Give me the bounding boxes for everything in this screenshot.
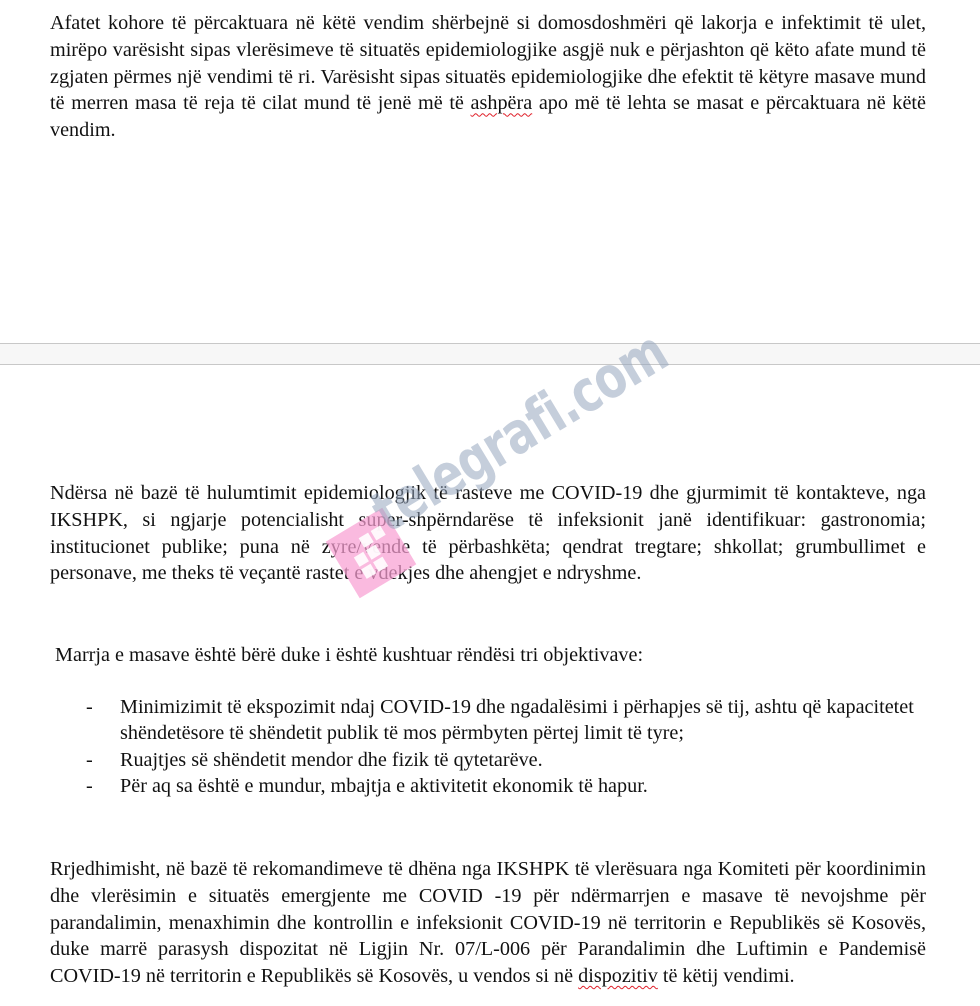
list-item[interactable]: - Minimizimit të ekspozimit ndaj COVID-1… bbox=[0, 694, 928, 747]
paragraph-objectives-intro[interactable]: Marrja e masave është bërë duke i është … bbox=[50, 642, 926, 669]
spellcheck-flagged-word[interactable]: dispozitiv bbox=[578, 965, 658, 987]
document-page-1: Afatet kohore të përcaktuara në këtë ven… bbox=[0, 0, 980, 343]
paragraph-decision-basis[interactable]: Rrjedhimisht, në bazë të rekomandimeve t… bbox=[50, 856, 926, 990]
paragraph-time-limits[interactable]: Afatet kohore të përcaktuara në këtë ven… bbox=[50, 10, 926, 144]
spellcheck-flagged-word[interactable]: ashpëra bbox=[471, 92, 533, 114]
paragraph-super-spreader-events[interactable]: Ndërsa në bazë të hulumtimit epidemiolog… bbox=[50, 480, 926, 587]
list-item-text: Minimizimit të ekspozimit ndaj COVID-19 … bbox=[120, 696, 914, 744]
list-item[interactable]: - Për aq sa është e mundur, mbajtja e ak… bbox=[0, 773, 928, 799]
objectives-list: - Minimizimit të ekspozimit ndaj COVID-1… bbox=[0, 694, 980, 800]
list-item[interactable]: - Ruajtjes së shëndetit mendor dhe fizik… bbox=[0, 747, 928, 773]
dash-bullet-icon: - bbox=[86, 694, 93, 720]
dash-bullet-icon: - bbox=[86, 747, 93, 773]
text-run: të këtij vendimi. bbox=[658, 965, 795, 987]
list-item-text: Për aq sa është e mundur, mbajtja e akti… bbox=[120, 775, 648, 797]
list-item-text: Ruajtjes së shëndetit mendor dhe fizik t… bbox=[120, 749, 543, 771]
dash-bullet-icon: - bbox=[86, 773, 93, 799]
page-break-separator bbox=[0, 343, 980, 365]
